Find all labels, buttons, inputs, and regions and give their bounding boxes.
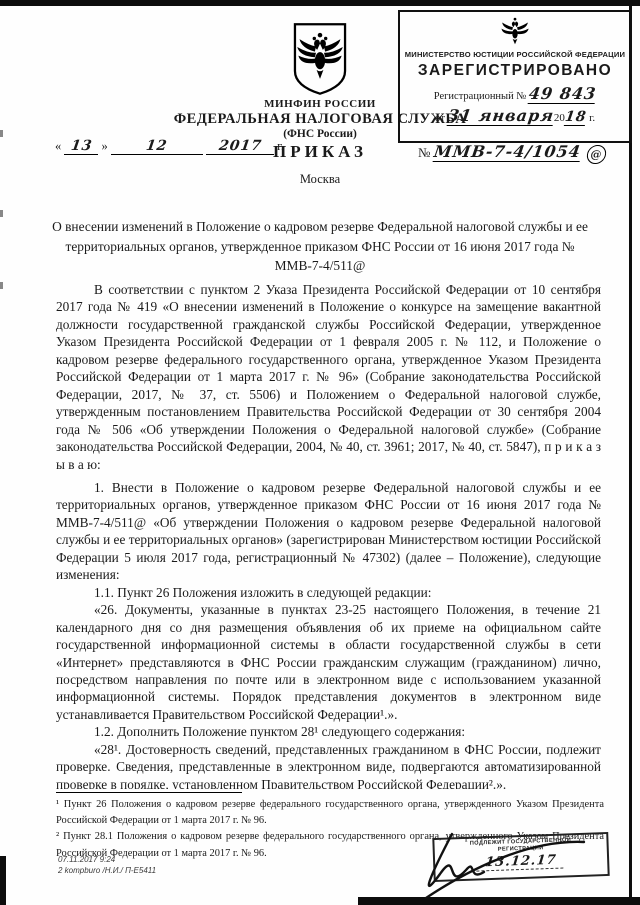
registered-label: ЗАРЕГИСТРИРОВАНО: [400, 62, 630, 80]
footnote-separator: [56, 792, 242, 793]
paragraph-point-1-1: 1.1. Пункт 26 Положения изложить в следу…: [56, 584, 601, 601]
date-suffix: г.: [589, 112, 595, 124]
open-quote: «: [55, 139, 61, 153]
justice-registration-stamp: МИНИСТЕРСТВО ЮСТИЦИИ РОССИЙСКОЙ ФЕДЕРАЦИ…: [398, 10, 632, 143]
print-timestamp: 07.11.2017 9:24: [58, 855, 156, 866]
scan-mark: [0, 210, 3, 217]
stamp-handwritten-date: 13.12.17: [477, 852, 566, 871]
order-number-line: № ММВ-7-4/1054 @: [418, 142, 606, 164]
justice-ministry-label: МИНИСТЕРСТВО ЮСТИЦИИ РОССИЙСКОЙ ФЕДЕРАЦИ…: [400, 50, 630, 59]
registration-number-label: Регистрационный №: [434, 91, 527, 102]
scan-mark: [0, 282, 3, 289]
at-sign-circled: @: [585, 145, 607, 164]
order-day: 13: [70, 138, 94, 154]
footnote-1: ¹ Пункт 26 Положения о кадровом резерве …: [56, 797, 604, 829]
order-title: О внесении изменений в Положение о кадро…: [40, 217, 600, 276]
scan-artifact-bottom-left-edge: [0, 856, 6, 905]
scanned-order-page: МИНФИН РОССИИ ФЕДЕРАЛЬНАЯ НАЛОГОВАЯ СЛУЖ…: [0, 0, 640, 905]
scan-artifact-top-bar: [0, 0, 640, 6]
print-info: 07.11.2017 9:24 2 kompburo /Н.И./ П-Е541…: [58, 855, 156, 876]
paragraph-point-1-2: 1.2. Дополнить Положение пунктом 28¹ сле…: [56, 723, 601, 740]
paragraph-preamble: В соответствии с пунктом 2 Указа Президе…: [56, 281, 601, 473]
paragraph-point-1: 1. Внести в Положение о кадровом резерве…: [56, 479, 601, 584]
order-date-line: « 13 » 12 2017 г.: [55, 138, 284, 155]
order-body: В соответствии с пунктом 2 Указа Президе…: [56, 281, 601, 789]
paragraph-new-item-28-1: «28¹. Достоверность сведений, представле…: [56, 741, 601, 789]
year-written: 18: [564, 109, 588, 126]
date-prefix: от: [435, 112, 445, 124]
russia-coat-of-arms-icon: [291, 22, 349, 96]
number-sign: №: [418, 145, 430, 160]
scan-artifact-bottom-bar: [358, 897, 640, 905]
order-number-value: ММВ-7-4/1054: [432, 142, 582, 162]
registration-date-value: 31 января: [446, 106, 555, 126]
print-operator: 2 kompburo /Н.И./ П-Е5411: [58, 866, 156, 877]
registration-date-line: от 31 января2018 г.: [400, 106, 630, 126]
justice-eagle-icon: [498, 15, 532, 49]
registration-number-line: Регистрационный № 49 843: [400, 84, 630, 104]
city-name: Москва: [0, 172, 640, 187]
registration-number-value: 49 843: [528, 84, 598, 104]
close-quote: »: [102, 139, 108, 153]
paragraph-new-item-26: «26. Документы, указанные в пунктах 23-2…: [56, 601, 601, 723]
subject-to-registration-stamp: ПОДЛЕЖИТ ГОСУДАРСТВЕННОЙ РЕГИСТРАЦИИ 13.…: [432, 832, 609, 882]
year-suffix: г.: [277, 139, 284, 153]
stamp-line2: РЕГИСТРАЦИИ: [498, 845, 544, 853]
order-year: 2017: [217, 138, 262, 154]
order-month: 12: [145, 138, 169, 154]
year-printed: 20: [554, 112, 565, 124]
